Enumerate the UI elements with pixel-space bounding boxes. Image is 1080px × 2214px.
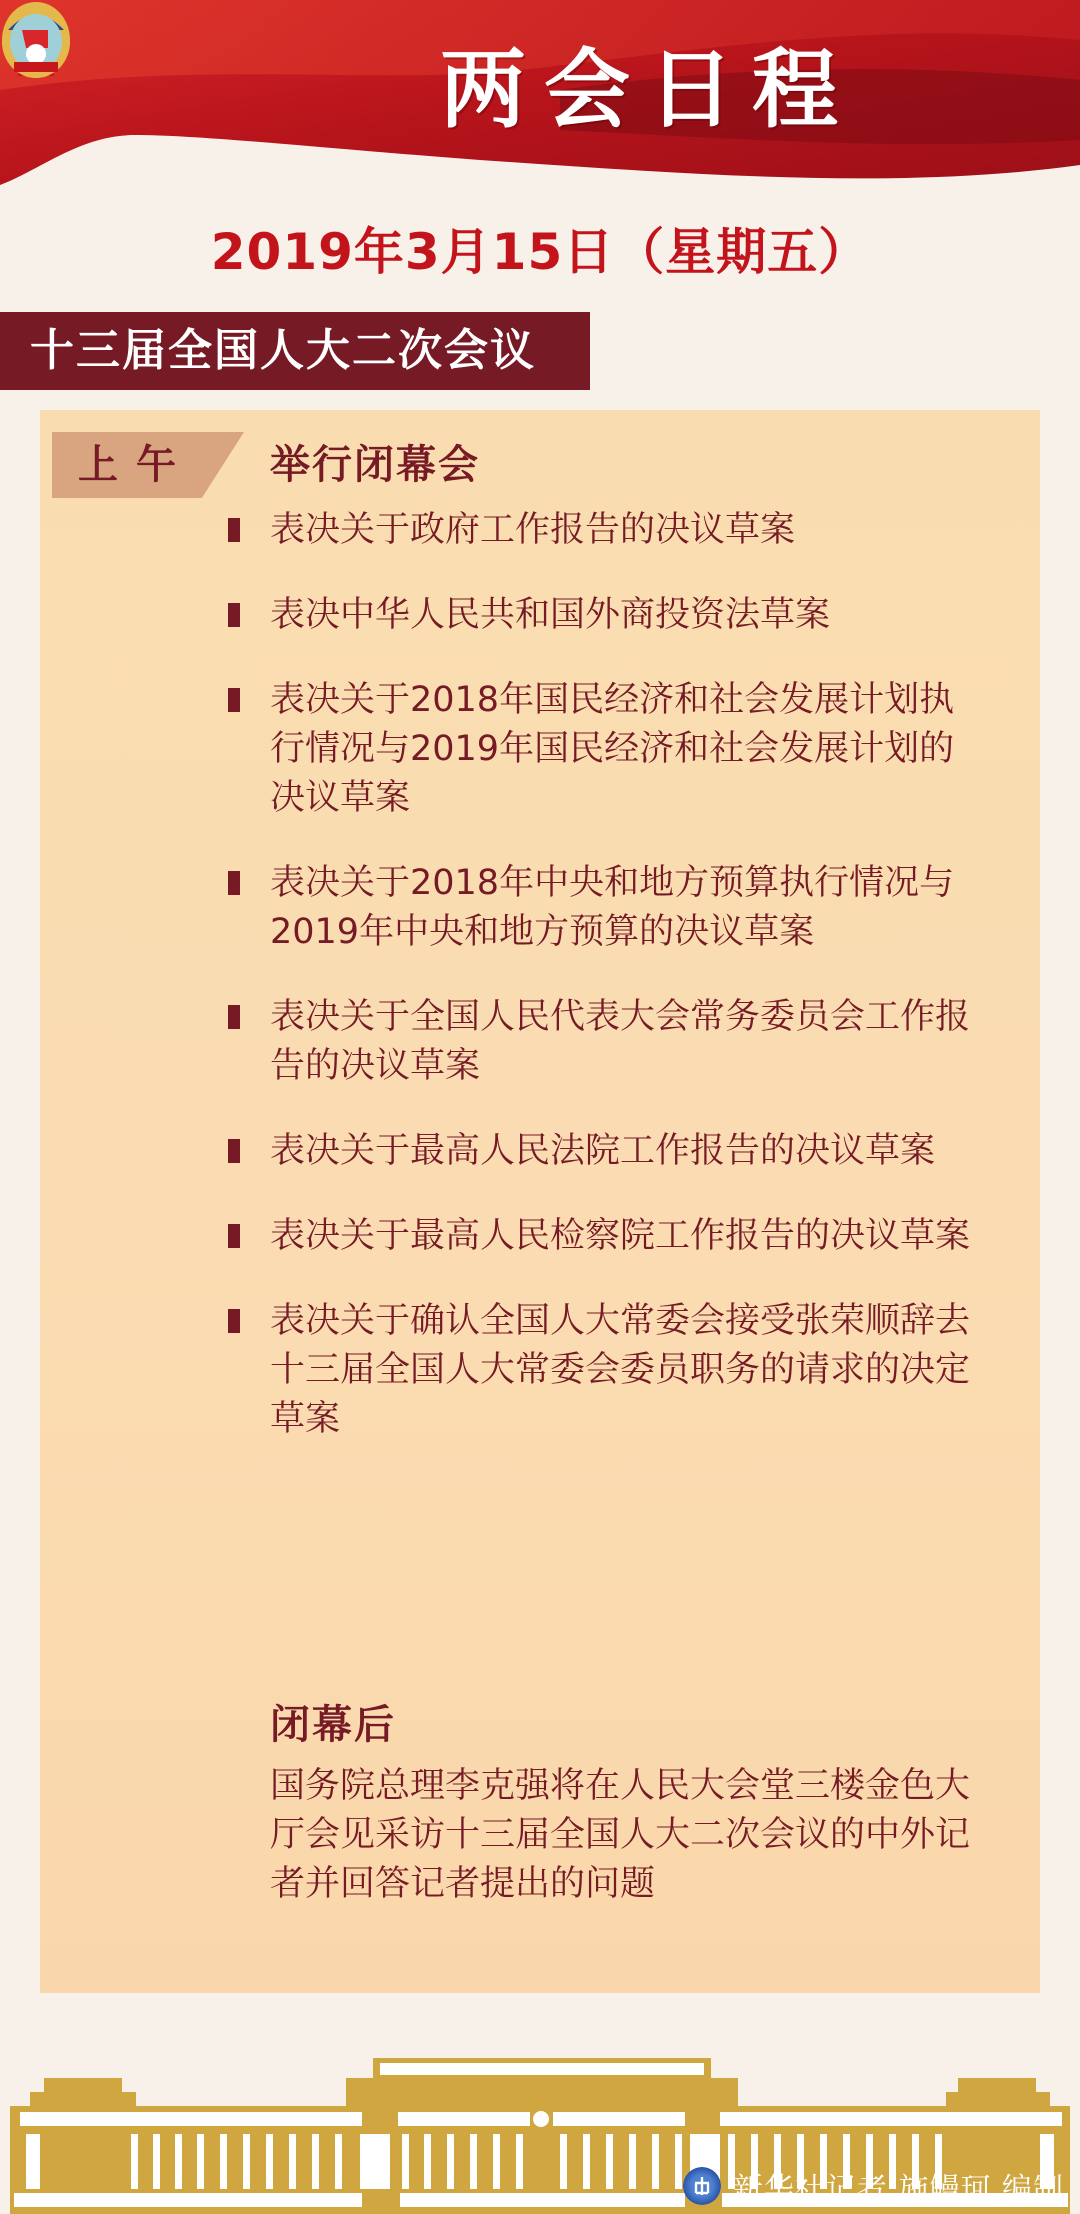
schedule-date: 2019年3月15日（星期五）	[0, 212, 1080, 284]
time-label: 上午	[78, 432, 194, 498]
event-title: 举行闭幕会	[270, 432, 480, 498]
agenda-item-text: 表决关于全国人民代表大会常务委员会工作报告的决议草案	[270, 997, 970, 1086]
session-header: 十三届全国人大二次会议	[0, 312, 590, 390]
bullet-icon	[228, 1309, 240, 1333]
bullet-icon	[228, 688, 240, 712]
agenda-item-text: 表决关于2018年中央和地方预算执行情况与2019年中央和地方预算的决议草案	[270, 863, 954, 952]
schedule-card: 上午 举行闭幕会 表决关于政府工作报告的决议草案 表决中华人民共和国外商投资法草…	[40, 410, 1040, 1993]
credit-text: 新华社记者 施鳗珂 编制	[733, 2164, 1064, 2208]
header-banner: 两会日程	[0, 0, 1080, 200]
after-closing-title: 闭幕后	[270, 1693, 396, 1750]
agenda-item-text: 表决关于最高人民检察院工作报告的决议草案	[270, 1216, 970, 1256]
after-closing-text: 国务院总理李克强将在人民大会堂三楼金色大厅会见采访十三届全国人大二次会议的中外记…	[270, 1762, 990, 1909]
bullet-icon	[228, 871, 240, 895]
agenda-item: 表决关于确认全国人大常委会接受张荣顺辞去十三届全国人大常委会委员职务的请求的决定…	[228, 1297, 988, 1444]
cppcc-emblem-icon	[0, 0, 72, 82]
agenda-item: 表决关于2018年国民经济和社会发展计划执行情况与2019年国民经济和社会发展计…	[228, 676, 988, 823]
agenda-item-text: 表决关于2018年国民经济和社会发展计划执行情况与2019年国民经济和社会发展计…	[270, 680, 954, 818]
agenda-item-text: 表决关于确认全国人大常委会接受张荣顺辞去十三届全国人大常委会委员职务的请求的决定…	[270, 1301, 970, 1439]
bullet-icon	[228, 603, 240, 627]
bullet-icon	[228, 518, 240, 542]
bullet-icon	[228, 1224, 240, 1248]
page-title: 两会日程	[440, 40, 856, 140]
agenda-item-text: 表决中华人民共和国外商投资法草案	[270, 595, 830, 635]
agenda-item: 表决中华人民共和国外商投资法草案	[228, 591, 988, 640]
credit-line: 新华社记者 施鳗珂 编制	[683, 2166, 1064, 2206]
agenda-item-text: 表决关于最高人民法院工作报告的决议草案	[270, 1131, 935, 1171]
agenda-item: 表决关于最高人民法院工作报告的决议草案	[228, 1127, 988, 1176]
bullet-icon	[228, 1005, 240, 1029]
agenda-item: 表决关于最高人民检察院工作报告的决议草案	[228, 1212, 988, 1261]
agenda-item: 表决关于2018年中央和地方预算执行情况与2019年中央和地方预算的决议草案	[228, 859, 988, 957]
agenda-list: 表决关于政府工作报告的决议草案 表决中华人民共和国外商投资法草案 表决关于201…	[228, 506, 1028, 1480]
xinhua-logo-icon	[683, 2167, 721, 2205]
agenda-item: 表决关于政府工作报告的决议草案	[228, 506, 988, 555]
agenda-item: 表决关于全国人民代表大会常务委员会工作报告的决议草案	[228, 993, 988, 1091]
agenda-item-text: 表决关于政府工作报告的决议草案	[270, 510, 795, 550]
bullet-icon	[228, 1139, 240, 1163]
